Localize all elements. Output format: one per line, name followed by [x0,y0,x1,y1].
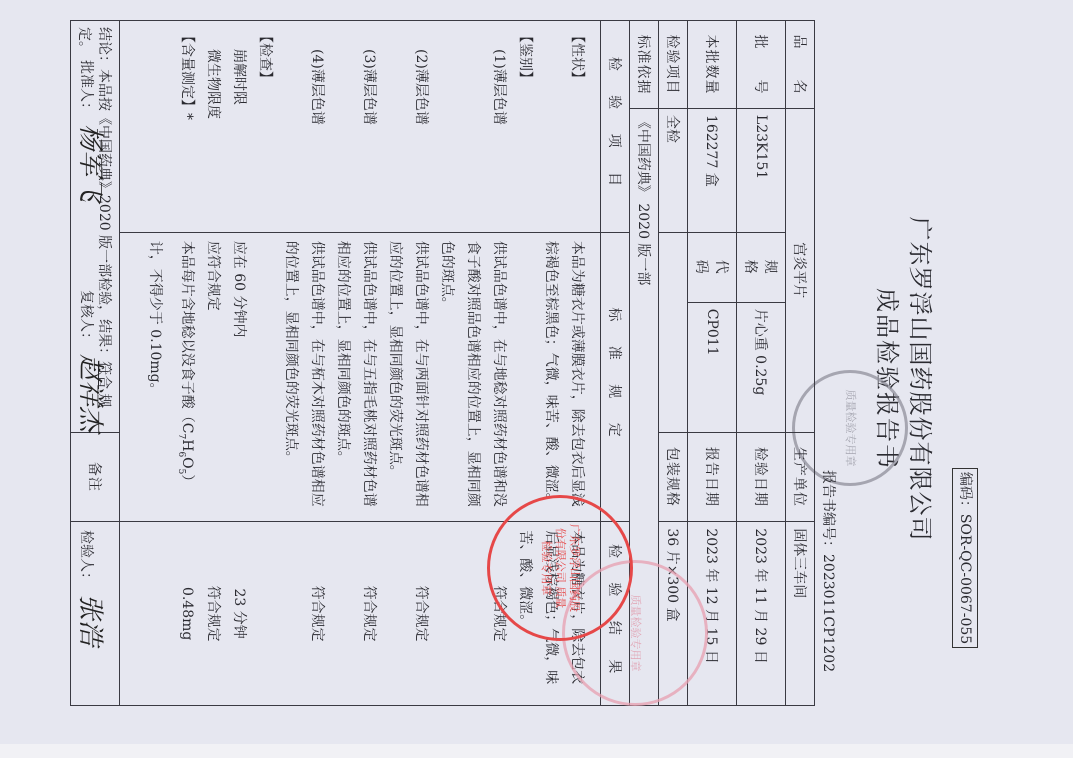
item-name: (2)薄层色谱 [382,29,434,224]
production-unit-label: 生产单位 [786,432,815,522]
standard-list: 本品为糖衣片或薄膜衣片，除去包衣后显浅棕褐色至棕黑色；气微，味苦、酸、微涩。供试… [148,241,590,514]
report-date-label: 报告日期 [688,432,737,522]
remark-label: 备注 [71,432,120,522]
company-title: 广东罗浮山国药股份有限公司 [905,0,940,758]
item-result: 符合规定 [330,530,382,697]
approver-handwriting: 杨军飞 [75,124,105,202]
item-name: 【鉴别】 [512,29,538,224]
row-batch: 批 号 L23K151 规 格 片心重 0.25g 检验日期 2023 年 11… [737,21,786,706]
item-standard: 本品每片含地稔以没食子酸（C7H6O5）计，不得少于 0.10mg。 [148,241,200,514]
item-name: 崩解时限 [226,29,252,224]
report-number-value: 2023011CP1202 [820,554,836,672]
item-standard: 供试品色谱中，在与柘木对照药材色谱相应的位置上，显相同颜色的荧光斑点。 [278,241,330,514]
item-standard: 本品为糖衣片或薄膜衣片，除去包衣后显浅棕褐色至棕黑色；气微，味苦、酸、微涩。 [538,241,590,514]
code-label: 编码： [957,472,973,514]
product-code: CP011 [688,302,737,432]
product-name-label: 品 名 [786,21,815,109]
quantity: 162277 盒 [688,108,737,232]
item-standard: 应符合规定 [200,241,226,514]
item-name: (3)薄层色谱 [330,29,382,224]
red-quality-seal-stamp: 广东罗浮山国药股份有限公司 质量检验专用章 [487,495,633,641]
standards-cell: 本品为糖衣片或薄膜衣片，除去包衣后显浅棕褐色至棕黑色；气微，味苦、酸、微涩。供试… [120,232,601,522]
item-name: 微生物限度 [200,29,226,224]
inspect-date-label: 检验日期 [737,432,786,522]
column-header-item: 检 验 项 目 [601,21,630,233]
row-product: 品 名 宫炎平片 生产单位 固体三车间 [786,21,815,706]
product-code-label: 代 码 [688,232,737,302]
item-name: 【性状】 [538,29,590,224]
reviewer-handwriting: 赵祥杰 [75,354,105,432]
report-page: 编码：SOR-QC-0067-055 广东罗浮山国药股份有限公司 成品检验报告书… [0,0,1073,758]
inspection-item-label: 检验项目 [659,21,688,109]
product-name: 宫炎平片 [786,108,815,432]
item-standard: 应在 60 分钟内 [226,241,252,514]
inspection-table: 品 名 宫炎平片 生产单位 固体三车间 批 号 L23K151 规 格 片心重 … [70,20,815,706]
item-list: 【性状】【鉴别】(1)薄层色谱(2)薄层色谱(3)薄层色谱(4)薄层色谱【检查】… [148,29,590,224]
item-name: 【检查】 [252,29,278,224]
production-unit: 固体三车间 [786,522,815,706]
item-standard: 供试品色谱中，在与两面针对照药材色谱相应的位置上，显相同颜色的荧光斑点。 [382,241,434,514]
document-code-box: 编码：SOR-QC-0067-055 [952,468,978,648]
item-name: (4)薄层色谱 [278,29,330,224]
spec: 片心重 0.25g [737,302,786,432]
items-cell: 【性状】【鉴别】(1)薄层色谱(2)薄层色谱(3)薄层色谱(4)薄层色谱【检查】… [120,21,601,233]
column-header-standard: 标 准 规 定 [601,232,630,522]
item-result [252,530,278,697]
item-result: 23 分钟 [226,530,252,697]
inspector-signature: 检验人：张浩 [74,530,111,646]
item-standard [252,241,278,514]
quantity-label: 本批数量 [688,21,737,109]
item-result: 符合规定 [382,530,434,697]
item-standard [512,241,538,514]
item-result: 符合规定 [200,530,226,697]
item-standard: 供试品色谱中，在与五指毛桃对照药材色谱相应的位置上，显相同颜色的斑点。 [330,241,382,514]
report-number: 报告书编号：2023011CP1202 [819,470,839,672]
item-standard: 供试品色谱中，在与地稔对照药材色谱和没食子酸对照品色谱相应的位置上，显相同颜色的… [434,241,512,514]
reviewer-signature: 复核人：赵祥杰 [74,290,111,432]
inspector-handwriting: 张浩 [75,594,105,646]
standard-basis-label: 标准依据 [630,21,659,109]
inspect-date: 2023 年 11 月 29 日 [737,522,786,706]
item-result: 符合规定 [278,530,330,697]
item-result: 0.48mg [148,530,200,697]
spec-label: 规 格 [737,232,786,302]
code-value: SOR-QC-0067-055 [957,514,973,644]
package-label: 包装规格 [659,432,688,522]
batch-number: L23K151 [737,108,786,232]
inspection-item: 全检 [659,108,688,232]
item-name: 【含量测定】* [148,29,200,224]
approver-signature: 批准人：杨军飞 [74,60,111,202]
item-name: (1)薄层色谱 [434,29,512,224]
batch-label: 批 号 [737,21,786,109]
